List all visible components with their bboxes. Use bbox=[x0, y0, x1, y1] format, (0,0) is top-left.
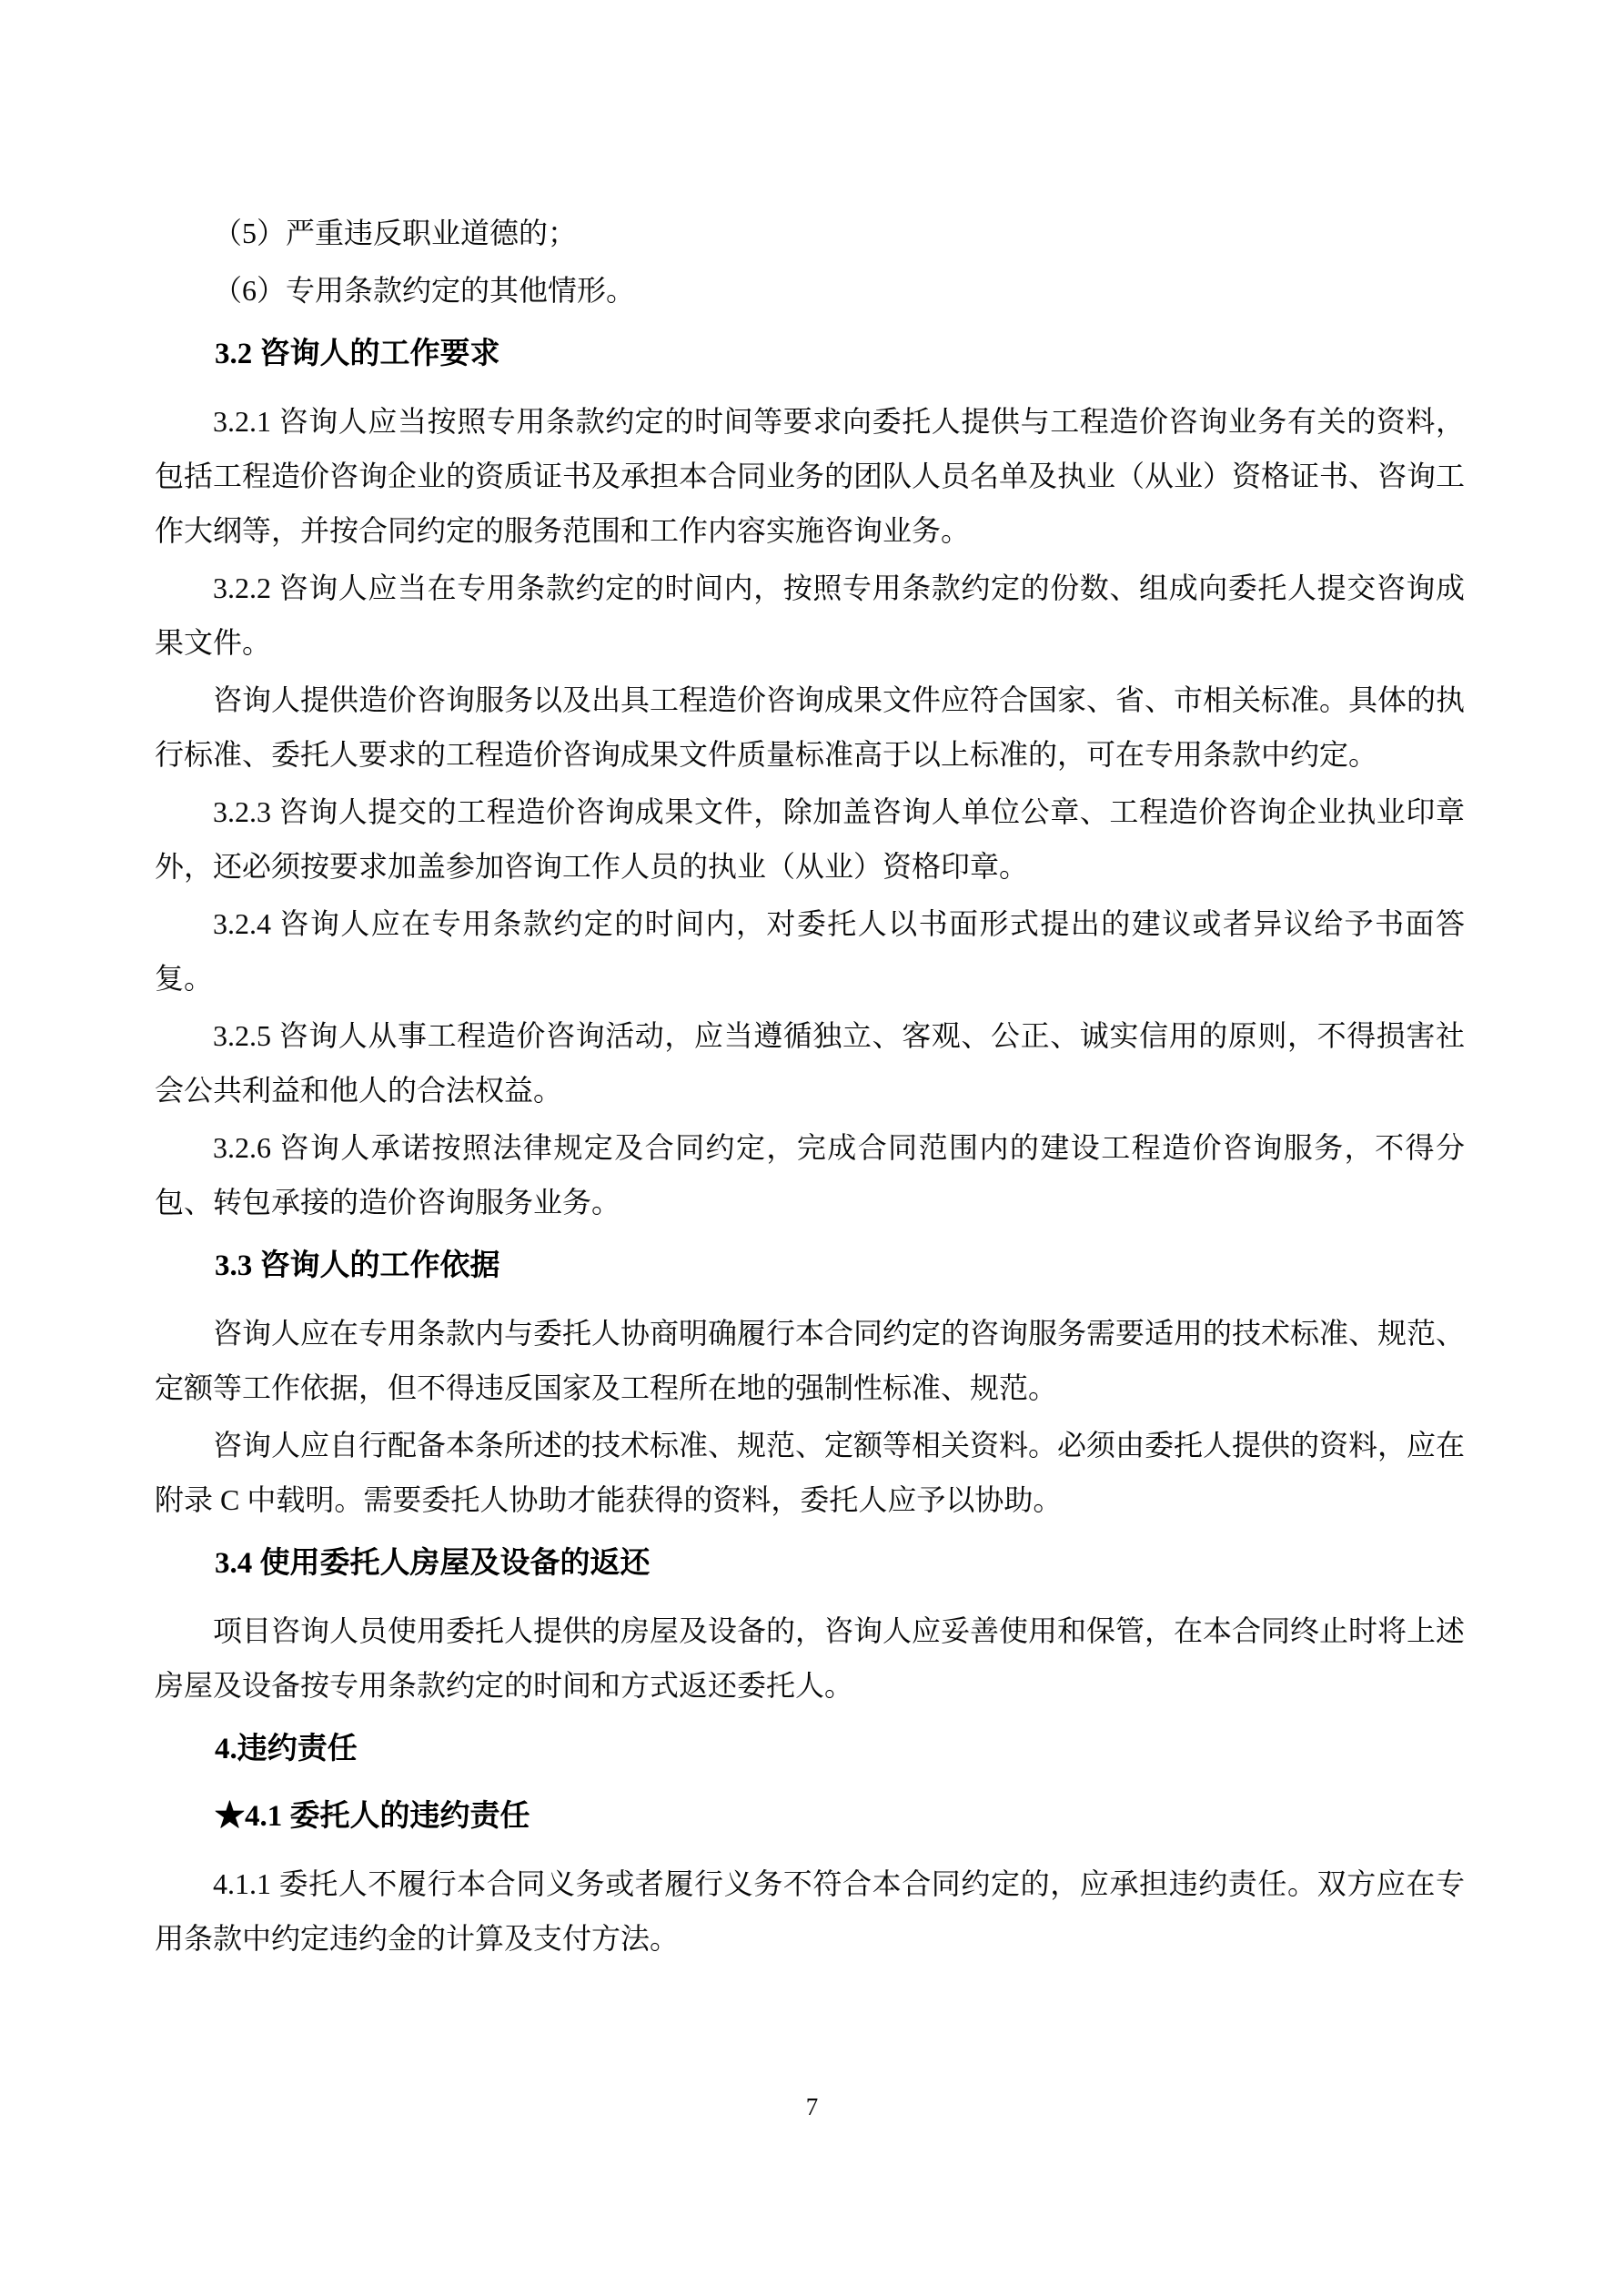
heading-4-1-text: 4.1 委托人的违约责任 bbox=[245, 1800, 530, 1833]
heading-3-2: 3.2 咨询人的工作要求 bbox=[155, 327, 1465, 381]
clause-3-3-para-1: 咨询人应在专用条款内与委托人协商明确履行本合同约定的咨询服务需要适用的技术标准、… bbox=[155, 1306, 1465, 1415]
clause-3-2-4: 3.2.4 咨询人应在专用条款约定的时间内，对委托人以书面形式提出的建议或者异议… bbox=[155, 896, 1465, 1006]
heading-3-4: 3.4 使用委托人房屋及设备的返还 bbox=[155, 1536, 1465, 1591]
clause-3-2-5: 3.2.5 咨询人从事工程造价咨询活动，应当遵循独立、客观、公正、诚实信用的原则… bbox=[155, 1008, 1465, 1118]
heading-4-1: ★4.1 委托人的违约责任 bbox=[155, 1789, 1465, 1844]
document-page: （5）严重违反职业道德的； （6）专用条款约定的其他情形。 3.2 咨询人的工作… bbox=[0, 0, 1624, 2296]
document-body: （5）严重违反职业道德的； （6）专用条款约定的其他情形。 3.2 咨询人的工作… bbox=[155, 206, 1465, 1968]
clause-3-2-2: 3.2.2 咨询人应当在专用条款约定的时间内，按照专用条款约定的份数、组成向委托… bbox=[155, 561, 1465, 670]
list-item-6: （6）专用条款约定的其他情形。 bbox=[155, 263, 1465, 318]
clause-3-2-2-note: 咨询人提供造价咨询服务以及出具工程造价咨询成果文件应符合国家、省、市相关标准。具… bbox=[155, 673, 1465, 782]
page-number: 7 bbox=[806, 2093, 819, 2120]
clause-3-4-para-1: 项目咨询人员使用委托人提供的房屋及设备的，咨询人应妥善使用和保管，在本合同终止时… bbox=[155, 1603, 1465, 1713]
list-item-5: （5）严重违反职业道德的； bbox=[155, 206, 1465, 260]
heading-4: 4.违约责任 bbox=[155, 1722, 1465, 1776]
heading-3-3: 3.3 咨询人的工作依据 bbox=[155, 1239, 1465, 1293]
clause-3-2-1: 3.2.1 咨询人应当按照专用条款约定的时间等要求向委托人提供与工程造价咨询业务… bbox=[155, 394, 1465, 558]
clause-4-1-1: 4.1.1 委托人不履行本合同义务或者履行义务不符合本合同约定的，应承担违约责任… bbox=[155, 1856, 1465, 1966]
page-footer: 7 bbox=[0, 2089, 1624, 2125]
star-icon: ★ bbox=[215, 1800, 245, 1833]
clause-3-2-3: 3.2.3 咨询人提交的工程造价咨询成果文件，除加盖咨询人单位公章、工程造价咨询… bbox=[155, 784, 1465, 894]
clause-3-3-para-2: 咨询人应自行配备本条所述的技术标准、规范、定额等相关资料。必须由委托人提供的资料… bbox=[155, 1418, 1465, 1527]
clause-3-2-6: 3.2.6 咨询人承诺按照法律规定及合同约定，完成合同范围内的建设工程造价咨询服… bbox=[155, 1120, 1465, 1229]
